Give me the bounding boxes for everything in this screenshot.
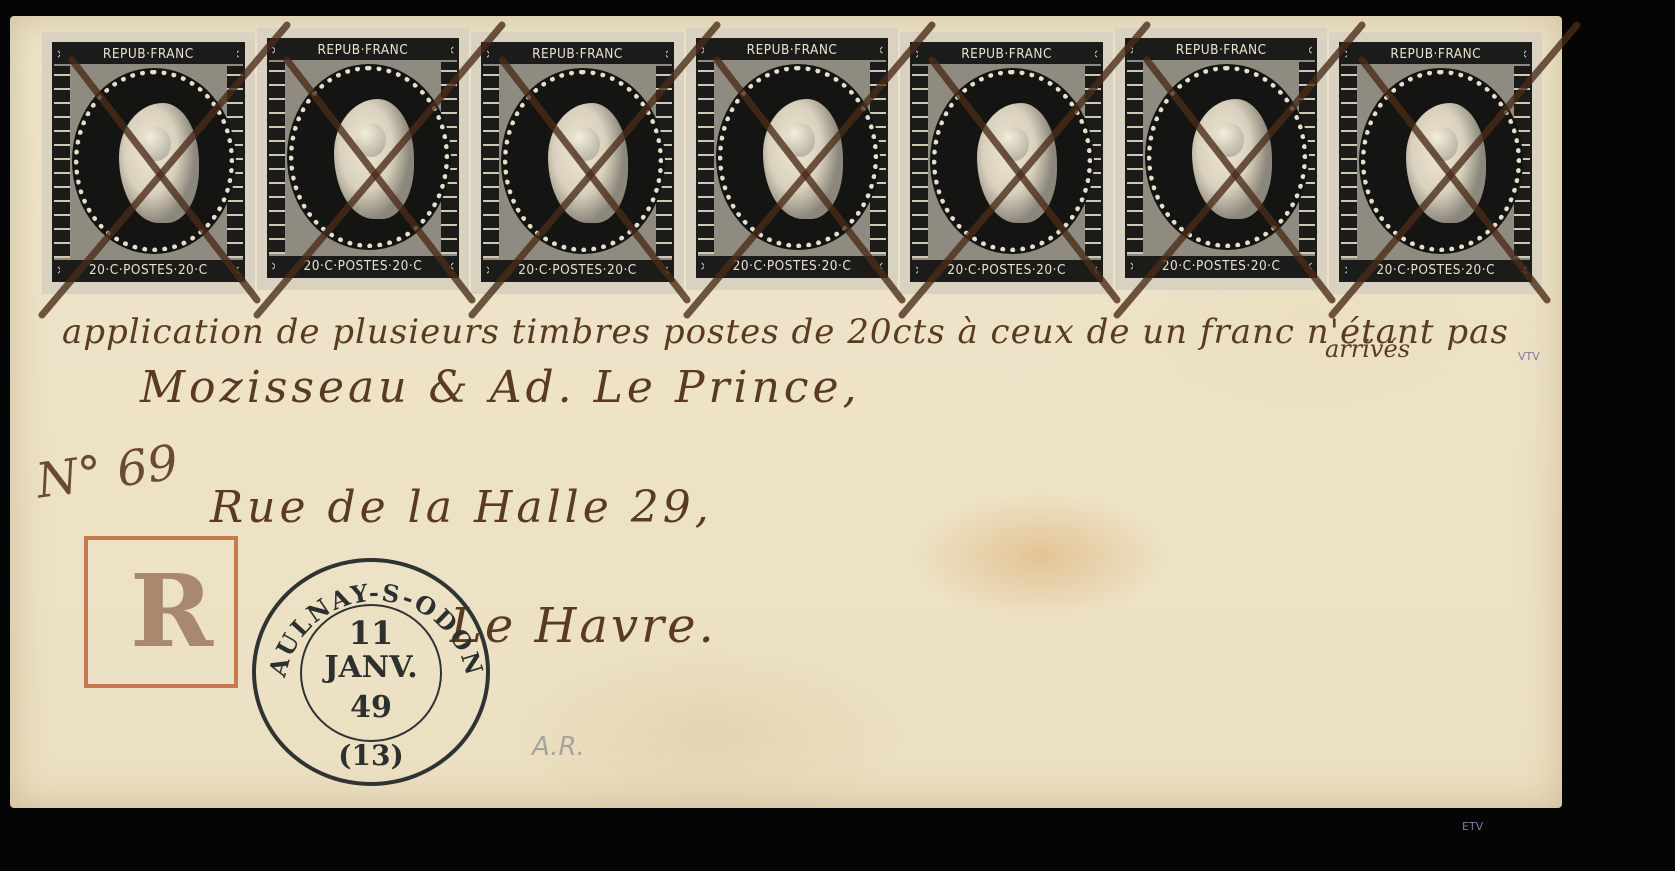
address-street: Rue de la Halle 29, [210, 482, 713, 533]
postmark-month: JANV. [302, 650, 440, 685]
stamp-bottom-inscription: 20·C·POSTES·20·C [704, 256, 881, 276]
postmark-cds: AULNAY-S-ODON 11 JANV. 49 (13) [252, 558, 490, 786]
ceres-medallion [1361, 70, 1521, 252]
ceres-head [548, 103, 628, 223]
stamp: × × × × REPUB·FRANC 20·C·POSTES·20·C [471, 32, 684, 294]
stamp: × × × × REPUB·FRANC 20·C·POSTES·20·C [42, 32, 255, 294]
stamp-side-border [54, 66, 70, 258]
stamp-side-border [912, 66, 928, 258]
addressee-name: Mozisseau & Ad. Le Prince, [140, 362, 861, 413]
stamp-top-inscription: REPUB·FRANC [1133, 40, 1310, 60]
stamp-top-inscription: REPUB·FRANC [60, 44, 237, 64]
ceres-medallion [503, 70, 663, 252]
stamp-top-inscription: REPUB·FRANC [1347, 44, 1524, 64]
stamp: × × × × REPUB·FRANC 20·C·POSTES·20·C [1329, 32, 1542, 294]
ceres-medallion [74, 70, 234, 252]
registered-r-mark: R [84, 536, 238, 688]
grape-ornament [141, 127, 171, 161]
ceres-medallion [718, 66, 878, 248]
registered-letter: R [130, 552, 213, 670]
grape-ornament [356, 123, 386, 157]
stamp: × × × × REPUB·FRANC 20·C·POSTES·20·C [900, 32, 1113, 294]
ceres-medallion [289, 66, 449, 248]
stamp-side-border [698, 62, 714, 254]
ceres-head [1192, 99, 1272, 219]
ceres-head [763, 99, 843, 219]
ceres-medallion [1147, 66, 1307, 248]
manuscript-note: application de plusieurs timbres postes … [62, 312, 1509, 352]
stamp-bottom-inscription: 20·C·POSTES·20·C [918, 260, 1095, 280]
ceres-head [119, 103, 199, 223]
stamp-top-inscription: REPUB·FRANC [489, 44, 666, 64]
ceres-head [334, 99, 414, 219]
expert-mark: ETV [1462, 820, 1483, 833]
grape-ornament [570, 127, 600, 161]
stamp: × × × × REPUB·FRANC 20·C·POSTES·20·C [257, 28, 470, 290]
ceres-medallion [932, 70, 1092, 252]
stamp-bottom-inscription: 20·C·POSTES·20·C [489, 260, 666, 280]
stamp-top-inscription: REPUB·FRANC [918, 44, 1095, 64]
ceres-head [1406, 103, 1486, 223]
stamp: × × × × REPUB·FRANC 20·C·POSTES·20·C [1115, 28, 1328, 290]
stamp-side-border [1127, 62, 1143, 254]
stamp-side-border [269, 62, 285, 254]
postmark-year: 49 [302, 690, 440, 725]
pencil-note: A.R. [532, 732, 585, 762]
grape-ornament [785, 123, 815, 157]
expert-mark: VTV [1518, 350, 1540, 363]
stamp-side-border [1341, 66, 1357, 258]
stamp-bottom-inscription: 20·C·POSTES·20·C [60, 260, 237, 280]
stamp-strip: × × × × REPUB·FRANC 20·C·POSTES·20·C × ×… [42, 30, 1544, 298]
stamp-top-inscription: REPUB·FRANC [704, 40, 881, 60]
stamp: × × × × REPUB·FRANC 20·C·POSTES·20·C [686, 28, 899, 290]
stamp-top-inscription: REPUB·FRANC [275, 40, 452, 60]
postmark-inner-ring: 11 JANV. 49 [300, 604, 442, 742]
stamp-side-border [483, 66, 499, 258]
stamp-bottom-inscription: 20·C·POSTES·20·C [1347, 260, 1524, 280]
ceres-head [977, 103, 1057, 223]
stamp-bottom-inscription: 20·C·POSTES·20·C [1133, 256, 1310, 276]
postmark-department: (13) [256, 739, 486, 772]
postmark-day: 11 [302, 614, 440, 652]
manuscript-note-continuation: arrivés [1325, 335, 1410, 363]
stamp-bottom-inscription: 20·C·POSTES·20·C [275, 256, 452, 276]
grape-ornament [1214, 123, 1244, 157]
